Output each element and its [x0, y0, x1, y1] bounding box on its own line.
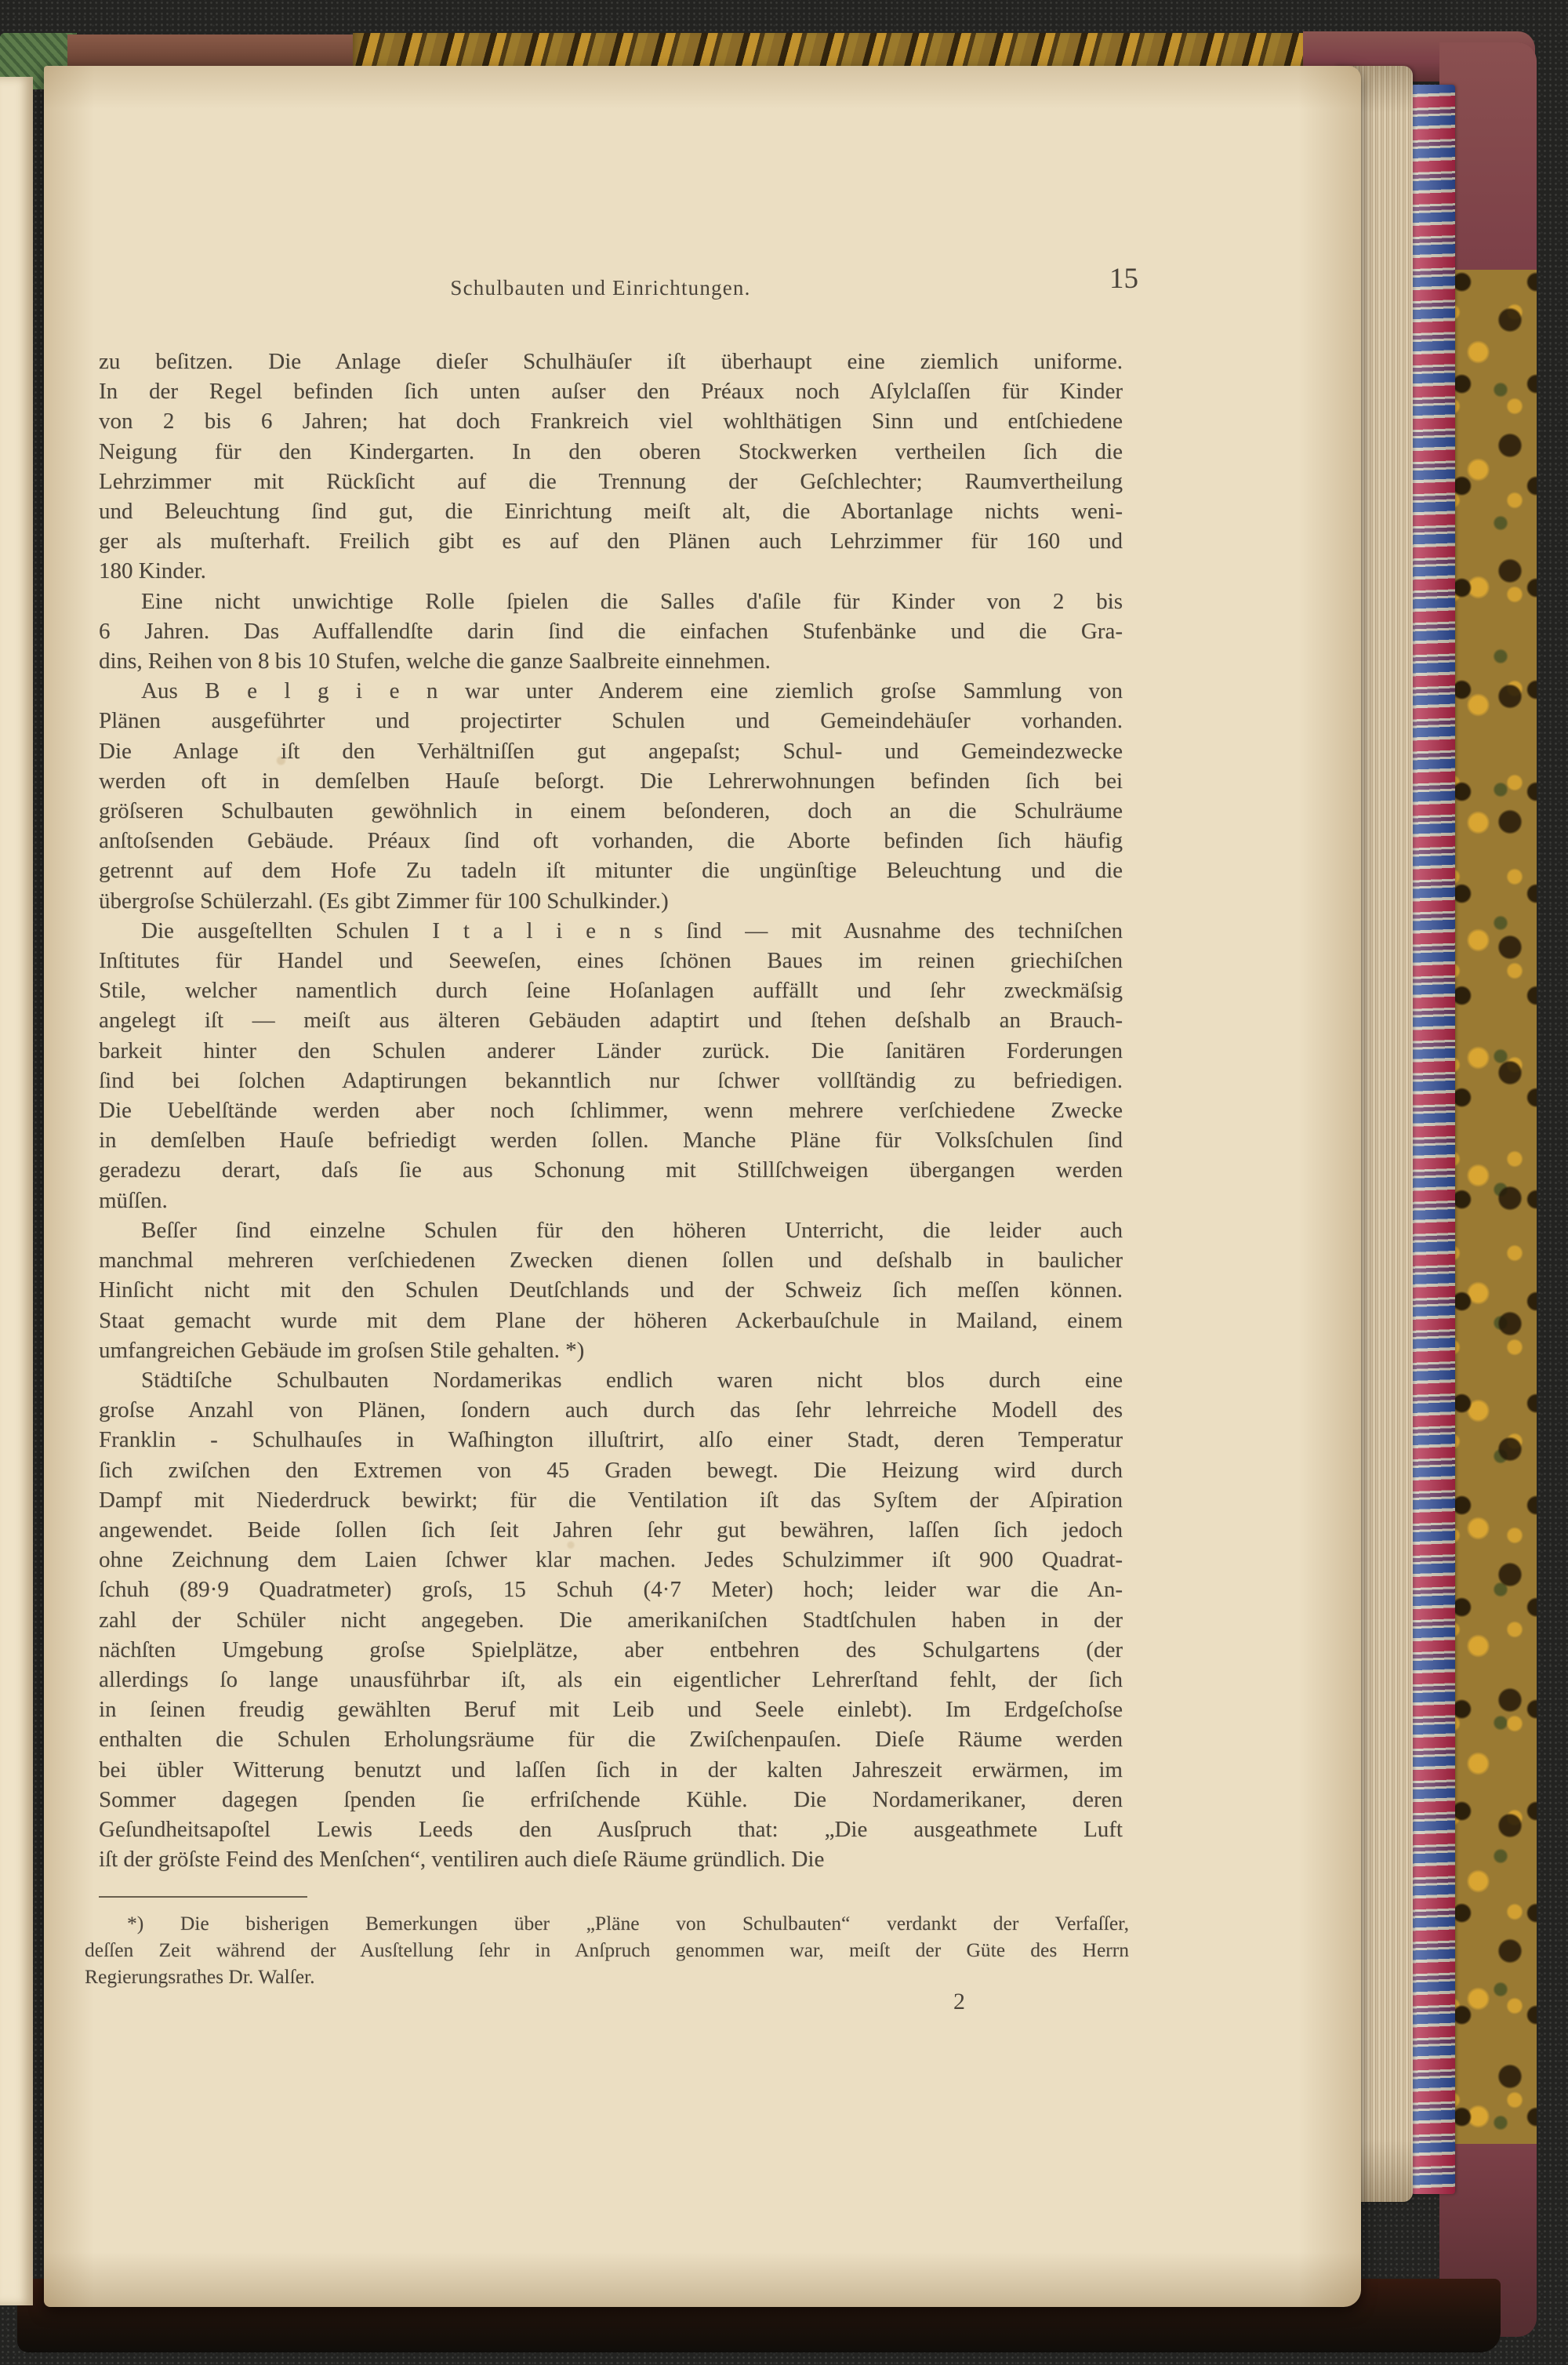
text-line: übergroſse Schülerzahl. (Es gibt Zimmer …: [99, 886, 1123, 916]
text-line: allerdings ſo lange unausführbar iſt, al…: [99, 1665, 1123, 1695]
text-line: Hinſicht nicht mit den Schulen Deutſchla…: [99, 1275, 1123, 1305]
book-page: Schulbauten und Einrichtungen. 15 zu beſ…: [44, 66, 1361, 2307]
text-line: Städtiſche Schulbauten Nordamerikas endl…: [99, 1365, 1123, 1395]
text-line: Regierungsrathes Dr. Walſer.: [85, 1964, 1129, 1990]
text-line: enthalten die Schulen Erholungsräume für…: [99, 1724, 1123, 1754]
footnote-rule: [99, 1896, 307, 1898]
text-line: in demſelben Hauſe befriedigt werden ſol…: [99, 1125, 1123, 1155]
text-line: müſſen.: [99, 1186, 1123, 1215]
text-line: Die Anlage iſt den Verhältniſſen gut ang…: [99, 736, 1123, 766]
text-line: Neigung für den Kindergarten. In den obe…: [99, 437, 1123, 467]
text-line: *) Die bisherigen Bemerkungen über „Plän…: [85, 1910, 1129, 1937]
text-line: geradezu derart, daſs ſie aus Schonung m…: [99, 1155, 1123, 1185]
text-line: Sommer dagegen ſpenden ſie erfriſchende …: [99, 1785, 1123, 1815]
marbled-endpaper-edge: [1411, 85, 1455, 2194]
facing-page-edge: [0, 77, 33, 2305]
text-line: getrennt auf dem Hofe Zu tadeln iſt mitu…: [99, 856, 1123, 885]
text-line: iſt der gröſste Feind des Menſchen“, ven…: [99, 1844, 1123, 1874]
text-line: Aus B e l g i e n war unter Anderem eine…: [99, 676, 1123, 706]
text-line: zahl der Schüler nicht angegeben. Die am…: [99, 1605, 1123, 1635]
running-title: Schulbauten und Einrichtungen.: [381, 276, 820, 300]
text-line: Franklin - Schulhauſes in Waſhington ill…: [99, 1425, 1123, 1455]
text-line: Inſtitutes für Handel und Seeweſen, eine…: [99, 946, 1123, 975]
text-line: zu beſitzen. Die Anlage dieſer Schulhäuſ…: [99, 347, 1123, 376]
text-line: in ſeinen freudig gewählten Beruf mit Le…: [99, 1695, 1123, 1724]
text-line: Stile, welcher namentlich durch ſeine Ho…: [99, 975, 1123, 1005]
text-line: anſtoſsenden Gebäude. Préaux ſind oft vo…: [99, 826, 1123, 856]
text-line: Lehrzimmer mit Rückſicht auf die Trennun…: [99, 467, 1123, 496]
text-line: In der Regel befinden ſich unten auſser …: [99, 376, 1123, 406]
photo-backdrop: Schulbauten und Einrichtungen. 15 zu beſ…: [0, 0, 1568, 2365]
text-line: Die ausgeſtellten Schulen I t a l i e n …: [99, 916, 1123, 946]
text-line: Beſſer ſind einzelne Schulen für den höh…: [99, 1215, 1123, 1245]
footnote: *) Die bisherigen Bemerkungen über „Plän…: [85, 1910, 1129, 1990]
text-line: 6 Jahren. Das Auffallendſte darin ſind d…: [99, 616, 1123, 646]
text-line: barkeit hinter den Schulen anderer Lände…: [99, 1036, 1123, 1066]
text-line: dins, Reihen von 8 bis 10 Stufen, welche…: [99, 646, 1123, 676]
text-line: und Beleuchtung ſind gut, die Einrichtun…: [99, 496, 1123, 526]
text-line: deſſen Zeit während der Ausſtellung ſehr…: [85, 1937, 1129, 1964]
text-line: Plänen ausgeführter und projectirter Sch…: [99, 706, 1123, 736]
body-text: zu beſitzen. Die Anlage dieſer Schulhäuſ…: [99, 347, 1123, 1874]
text-line: angelegt iſt — meiſt aus älteren Gebäude…: [99, 1005, 1123, 1035]
text-line: ohne Zeichnung dem Laien ſchwer klar mac…: [99, 1545, 1123, 1575]
text-line: Staat gemacht wurde mit dem Plane der hö…: [99, 1306, 1123, 1335]
text-line: Eine nicht unwichtige Rolle ſpielen die …: [99, 587, 1123, 616]
text-line: Geſundheitsapoſtel Lewis Leeds den Ausſp…: [99, 1815, 1123, 1844]
text-line: Die Uebelſtände werden aber noch ſchlimm…: [99, 1095, 1123, 1125]
text-line: umfangreichen Gebäude im groſsen Stile g…: [99, 1335, 1123, 1365]
text-line: ſich zwiſchen den Extremen von 45 Graden…: [99, 1455, 1123, 1485]
text-line: Dampf mit Niederdruck bewirkt; für die V…: [99, 1485, 1123, 1515]
signature-mark: 2: [953, 1989, 965, 2015]
text-line: ſind bei ſolchen Adaptirungen bekanntlic…: [99, 1066, 1123, 1095]
text-line: gröſseren Schulbauten gewöhnlich in eine…: [99, 796, 1123, 826]
page-number: 15: [1063, 262, 1138, 296]
text-line: ger als muſterhaft. Freilich gibt es auf…: [99, 526, 1123, 556]
text-line: angewendet. Beide ſollen ſich ſeit Jahre…: [99, 1515, 1123, 1545]
text-line: werden oft in demſelben Hauſe beſorgt. D…: [99, 766, 1123, 796]
text-line: von 2 bis 6 Jahren; hat doch Frankreich …: [99, 406, 1123, 436]
text-line: groſse Anzahl von Plänen, ſondern auch d…: [99, 1395, 1123, 1425]
text-line: nächſten Umgebung groſse Spielplätze, ab…: [99, 1635, 1123, 1665]
text-line: manchmal mehreren verſchiedenen Zwecken …: [99, 1245, 1123, 1275]
text-line: bei übler Witterung benutzt und laſſen ſ…: [99, 1755, 1123, 1785]
text-line: ſchuh (89·9 Quadratmeter) groſs, 15 Schu…: [99, 1575, 1123, 1604]
text-line: 180 Kinder.: [99, 556, 1123, 586]
